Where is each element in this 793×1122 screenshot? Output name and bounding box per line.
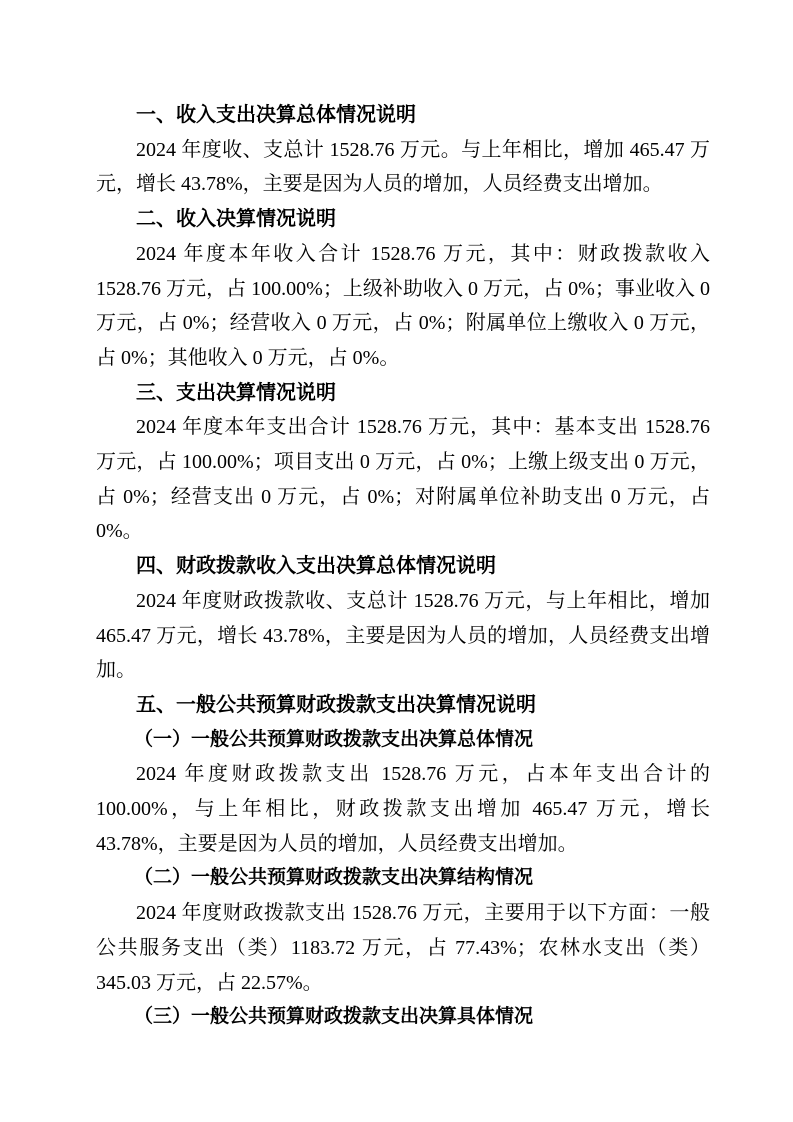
section-4-heading: 四、财政拨款收入支出决算总体情况说明 (96, 549, 710, 584)
document-page: 一、收入支出决算总体情况说明 2024 年度收、支总计 1528.76 万元。与… (0, 0, 793, 1122)
subsection-5-1-paragraph: 2024 年度财政拨款支出 1528.76 万元，占本年支出合计的 100.00… (96, 757, 710, 861)
subsection-5-3-heading: （三）一般公共预算财政拨款支出决算具体情况 (96, 1000, 710, 1035)
section-3-heading: 三、支出决算情况说明 (96, 376, 710, 411)
section-1-heading: 一、收入支出决算总体情况说明 (96, 98, 710, 133)
section-1-paragraph: 2024 年度收、支总计 1528.76 万元。与上年相比，增加 465.47 … (96, 133, 710, 202)
section-4-paragraph: 2024 年度财政拨款收、支总计 1528.76 万元，与上年相比，增加 465… (96, 584, 710, 688)
section-2-heading: 二、收入决算情况说明 (96, 202, 710, 237)
subsection-5-2-heading: （二）一般公共预算财政拨款支出决算结构情况 (96, 861, 710, 896)
report-body: 一、收入支出决算总体情况说明 2024 年度收、支总计 1528.76 万元。与… (96, 98, 710, 1035)
section-5-heading: 五、一般公共预算财政拨款支出决算情况说明 (96, 688, 710, 723)
subsection-5-2-paragraph: 2024 年度财政拨款支出 1528.76 万元，主要用于以下方面：一般公共服务… (96, 896, 710, 1000)
section-3-paragraph: 2024 年度本年支出合计 1528.76 万元，其中：基本支出 1528.76… (96, 410, 710, 549)
subsection-5-1-heading: （一）一般公共预算财政拨款支出决算总体情况 (96, 723, 710, 758)
section-2-paragraph: 2024 年度本年收入合计 1528.76 万元，其中：财政拨款收入 1528.… (96, 237, 710, 376)
